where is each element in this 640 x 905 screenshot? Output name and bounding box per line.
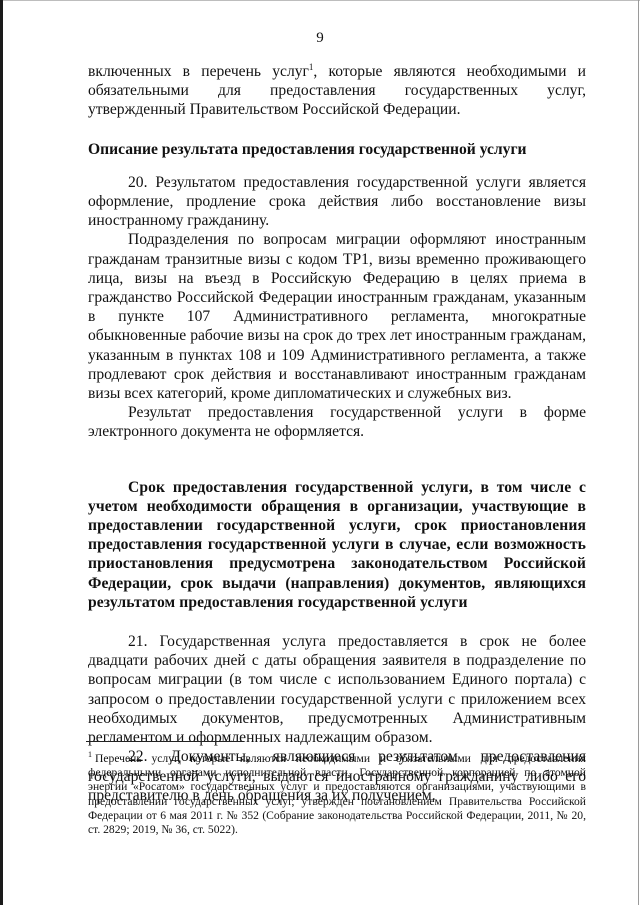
footnote-mark: 1 <box>88 750 92 759</box>
paragraph-21: 21. Государственная услуга предоставляет… <box>88 632 586 747</box>
paragraph-20: 20. Результатом предоставления государст… <box>88 173 586 231</box>
footnote-text: Перечень услуг, которые являются необход… <box>88 752 586 836</box>
footnote: 1Перечень услуг, которые являются необхо… <box>88 752 586 837</box>
section-heading-result: Описание результата предоставления госуд… <box>88 140 586 159</box>
section-heading-term: Срок предоставления государственной услу… <box>88 478 586 612</box>
paragraph-electronic-result: Результат предоставления государственной… <box>88 403 586 441</box>
page-number: 9 <box>0 30 640 47</box>
scan-edge-top <box>0 0 640 1</box>
document-page: 9 включенных в перечень услуг1, которые … <box>0 0 640 905</box>
scan-edge-left <box>0 0 3 905</box>
scan-edge-right <box>638 0 639 905</box>
intro-paragraph: включенных в перечень услуг1, которые яв… <box>88 62 586 120</box>
paragraph-visa-types: Подразделения по вопросам миграции оформ… <box>88 230 586 403</box>
intro-text-before: включенных в перечень услуг <box>88 63 309 80</box>
footnote-divider <box>86 741 244 742</box>
document-body: включенных в перечень услуг1, которые яв… <box>88 62 586 805</box>
